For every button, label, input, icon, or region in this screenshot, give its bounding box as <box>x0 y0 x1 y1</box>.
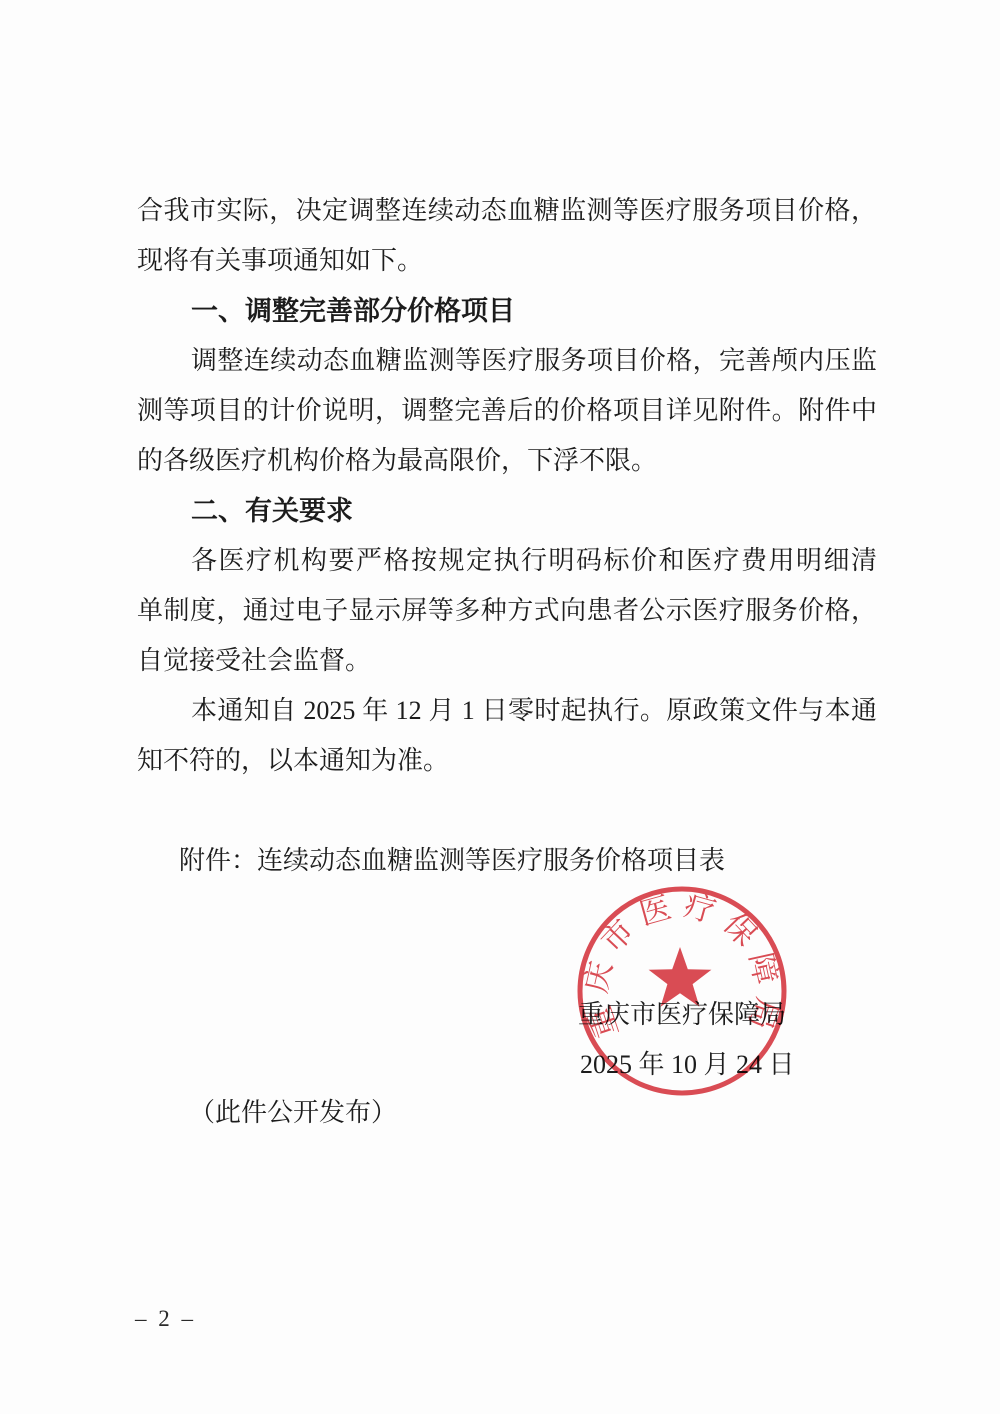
body-line: 自觉接受社会监督。 <box>137 636 877 686</box>
body-line: 各医疗机构要严格按规定执行明码标价和医疗费用明细清 <box>137 536 877 586</box>
body-line: 现将有关事项通知如下。 <box>137 236 877 286</box>
star-icon <box>649 947 712 1007</box>
section-heading-1: 一、调整完善部分价格项目 <box>137 286 877 336</box>
section-heading-2: 二、有关要求 <box>137 486 877 536</box>
document-page: 合我市实际，决定调整连续动态血糖监测等医疗服务项目价格， 现将有关事项通知如下。… <box>0 0 1000 1414</box>
body-line: 测等项目的计价说明，调整完善后的价格项目详见附件。附件中 <box>137 386 877 436</box>
public-release-note: （此件公开发布） <box>189 1088 397 1138</box>
body-line: 调整连续动态血糖监测等医疗服务项目价格，完善颅内压监 <box>137 336 877 386</box>
body-line: 单制度，通过电子显示屏等多种方式向患者公示医疗服务价格， <box>137 586 877 636</box>
official-seal-stamp: 重庆市医疗保障局 <box>570 879 794 1103</box>
document-body: 合我市实际，决定调整连续动态血糖监测等医疗服务项目价格， 现将有关事项通知如下。… <box>137 186 877 786</box>
body-line: 知不符的，以本通知为准。 <box>137 736 877 786</box>
page-number: – 2 – <box>135 1306 196 1332</box>
body-line: 本通知自 2025 年 12 月 1 日零时起执行。原政策文件与本通 <box>137 686 877 736</box>
body-line: 合我市实际，决定调整连续动态血糖监测等医疗服务项目价格， <box>137 186 877 236</box>
body-line: 的各级医疗机构价格为最高限价，下浮不限。 <box>137 436 877 486</box>
